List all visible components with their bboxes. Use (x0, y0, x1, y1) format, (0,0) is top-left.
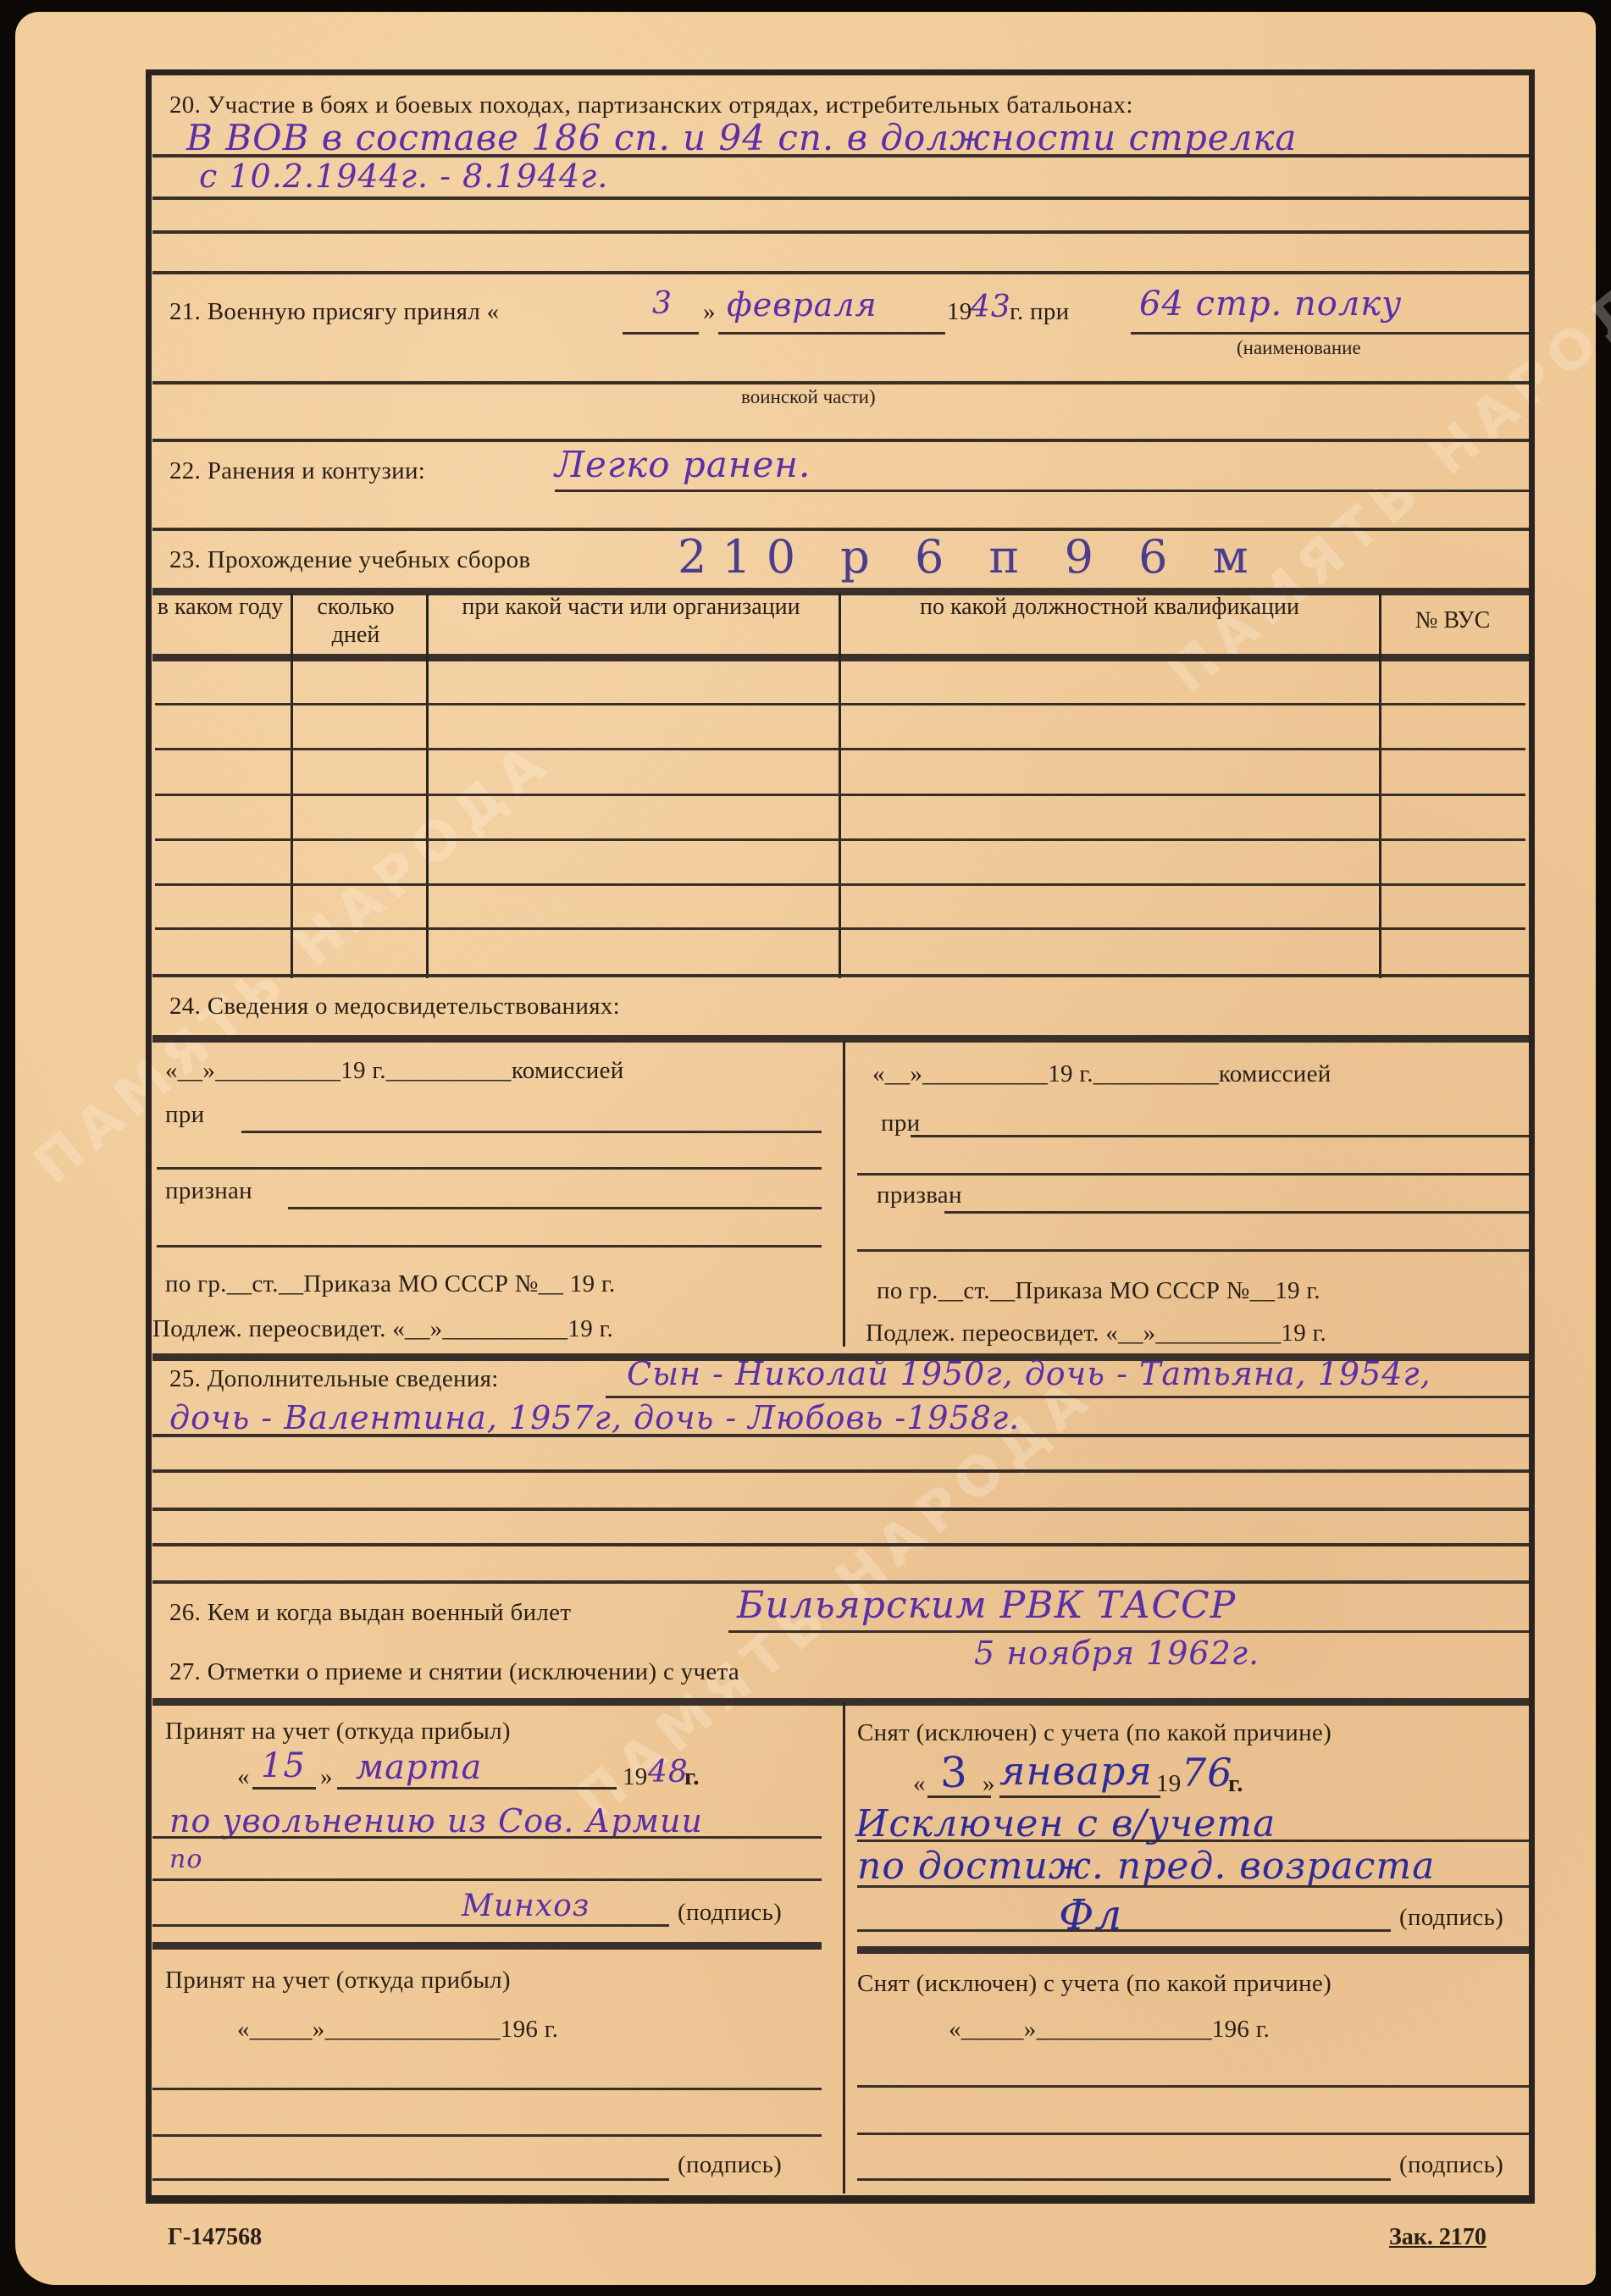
additional-info-line2: дочь - Валентина, 1957г, дочь - Любовь -… (169, 1399, 1020, 1436)
rule (152, 1434, 1529, 1437)
rule (999, 1795, 1160, 1798)
oath-year-suffix: 43 (971, 290, 1011, 324)
table-header-unit: при какой части или организации (453, 593, 809, 621)
accepted-date-line-2: «_____»______________196 г. (237, 2016, 558, 2044)
med-right-date-line: «__»__________19 г.__________комиссией (872, 1060, 1331, 1088)
day-underline (623, 332, 699, 335)
accepted-day: 15 (261, 1746, 306, 1785)
table-divider (839, 593, 841, 978)
rule (241, 1131, 822, 1133)
order-number: Зак. 2170 (1389, 2224, 1486, 2251)
rule (152, 974, 1529, 977)
removed-year-prefix: 19 (1156, 1770, 1182, 1798)
section-26-label: 26. Кем и когда выдан военный билет (169, 1599, 571, 1627)
med-left-reexam-line: Подлеж. переосвидет. «__»__________19 г. (152, 1315, 613, 1343)
oath-day: 3 (652, 286, 673, 321)
removed-year-suffix: 76 (1182, 1750, 1233, 1795)
rule (152, 1698, 1529, 1706)
section-20-handwritten-line2: с 10.2.1944г. - 8.1944г. (199, 158, 608, 195)
quote-close: » (703, 298, 716, 326)
removed-reason-line2: по достиж. пред. возраста (857, 1845, 1435, 1888)
military-id-date: 5 ноября 1962г. (974, 1635, 1259, 1672)
unit-underline (1131, 332, 1529, 335)
oath-unit: 64 стр. полку (1139, 285, 1402, 324)
section-20-handwritten-line1: В ВОВ в составе 186 сп. и 94 сп. в должн… (186, 117, 1297, 158)
rule (857, 1946, 1529, 1954)
rule (157, 1167, 822, 1170)
rule (155, 703, 1525, 705)
section-27-label: 27. Отметки о приеме и снятии (исключени… (169, 1658, 739, 1686)
rule (606, 1396, 1529, 1398)
removed-date-line-2: «_____»______________196 г. (949, 2016, 1270, 2044)
rule (157, 1245, 822, 1248)
rule (152, 1942, 822, 1950)
training-handwritten-note: 210 р 6 п 9 6 м (678, 530, 1264, 584)
signature-caption: (подпись) (678, 2151, 782, 2179)
month-underline (718, 332, 945, 335)
accepted-signature: Минхоз (462, 1889, 590, 1923)
additional-info-line1: Сын - Николай 1950г, дочь - Татьяна, 195… (627, 1355, 1431, 1392)
rule (152, 2134, 822, 2137)
rule (857, 1249, 1529, 1252)
section-25-label: 25. Дополнительные сведения: (169, 1365, 499, 1393)
column-divider (843, 1042, 845, 1347)
section-23-label: 23. Прохождение учебных сборов (169, 546, 530, 574)
signature-line (857, 1929, 1391, 1932)
rule (155, 838, 1525, 841)
removed-year-unit: г. (1228, 1770, 1243, 1798)
rule (152, 1469, 1529, 1473)
accepted-reason-line1: по увольнению из Сов. Армии (169, 1802, 703, 1840)
med-right-pri: при (881, 1109, 920, 1137)
table-header-days: сколько дней (292, 593, 419, 649)
military-id-issuer: Бильярским РВК ТАССР (737, 1584, 1236, 1627)
section-22-label: 22. Ранения и контузии: (169, 457, 425, 485)
form-number: Г-147568 (168, 2224, 262, 2251)
accepted-year-suffix: 48 (648, 1755, 689, 1790)
rule (944, 1211, 1529, 1214)
rule (155, 927, 1525, 930)
rule (857, 2085, 1529, 2088)
rule (155, 794, 1525, 796)
table-header-year: в каком году (157, 593, 284, 621)
med-left-priznan: признан (165, 1177, 252, 1205)
table-header-vus: № ВУС (1381, 606, 1525, 634)
removed-day: 3 (940, 1748, 968, 1797)
med-right-priznan: призван (877, 1181, 962, 1209)
accepted-month: марта (356, 1748, 482, 1787)
rule (152, 2088, 822, 2090)
accepted-label: Принят на учет (откуда прибыл) (165, 1718, 511, 1746)
removed-label: Снят (исключен) с учета (по какой причин… (857, 1719, 1331, 1747)
med-right-order-line: по гр.__ст.__Приказа МО СССР №__19 г. (877, 1277, 1320, 1305)
rule (857, 1885, 1529, 1888)
caption-unit-name: (наименование (1237, 337, 1361, 359)
quote-close: » (983, 1770, 995, 1798)
signature-line (152, 1924, 669, 1927)
rule (155, 748, 1525, 750)
rule (337, 1787, 617, 1790)
section-24-label: 24. Сведения о медосвидетельствованиях: (169, 993, 620, 1021)
rule (857, 1840, 1529, 1842)
rule (152, 1836, 822, 1839)
med-left-pri: при (165, 1101, 204, 1129)
rule (152, 271, 1529, 274)
rule (155, 883, 1525, 886)
wounds-value: Легко ранен. (555, 444, 811, 485)
rule (911, 1135, 1529, 1137)
section-21-label: 21. Военную присягу принял « (169, 298, 499, 326)
quote-open: « (913, 1770, 926, 1798)
rule (152, 1878, 822, 1881)
table-divider (426, 593, 429, 978)
rule (152, 230, 1529, 234)
quote-open: « (237, 1763, 250, 1791)
rule (152, 1543, 1529, 1546)
signature-caption: (подпись) (1399, 1904, 1503, 1932)
accepted-year-prefix: 19 (623, 1763, 648, 1791)
oath-month: февраля (727, 286, 877, 324)
rule (152, 1035, 1529, 1043)
signature-caption: (подпись) (678, 1899, 782, 1927)
med-left-date-line: «__»__________19 г.__________комиссией (165, 1057, 624, 1085)
signature-caption: (подпись) (1399, 2151, 1503, 2179)
rule (152, 1508, 1529, 1511)
removed-label-2: Снят (исключен) с учета (по какой причин… (857, 1970, 1331, 1998)
med-left-order-line: по гр.__ст.__Приказа МО СССР №__ 19 г. (165, 1270, 615, 1298)
rule (252, 1787, 316, 1790)
signature-line (152, 2178, 669, 2181)
table-divider (291, 593, 293, 978)
quote-close: » (320, 1763, 333, 1791)
removed-month: января (999, 1748, 1153, 1794)
accepted-label-2: Принят на учет (откуда прибыл) (165, 1967, 511, 1994)
rule (288, 1207, 822, 1209)
accepted-year-unit: г. (684, 1763, 700, 1791)
rule (728, 1630, 1529, 1633)
rule (555, 490, 1529, 492)
rule (152, 381, 1529, 385)
oath-label-mid: г. при (1010, 298, 1069, 326)
caption-military-unit: воинской части) (741, 386, 876, 408)
oath-year-prefix: 19 (947, 298, 972, 326)
rule (152, 439, 1529, 442)
table-header-qualification: по какой должностной квалификации (889, 593, 1330, 621)
rule (152, 196, 1529, 200)
section-20-label: 20. Участие в боях и боевых походах, пар… (169, 91, 1133, 119)
rule (857, 1173, 1529, 1176)
table-divider (1379, 593, 1381, 978)
rule (857, 2133, 1529, 2135)
accepted-reason-line2: по (169, 1845, 202, 1874)
column-divider (843, 1702, 845, 2194)
removed-signature: Фл (1059, 1890, 1122, 1939)
signature-line (857, 2178, 1391, 2181)
med-right-reexam-line: Подлеж. переосвидет. «__»__________19 г. (866, 1320, 1326, 1347)
